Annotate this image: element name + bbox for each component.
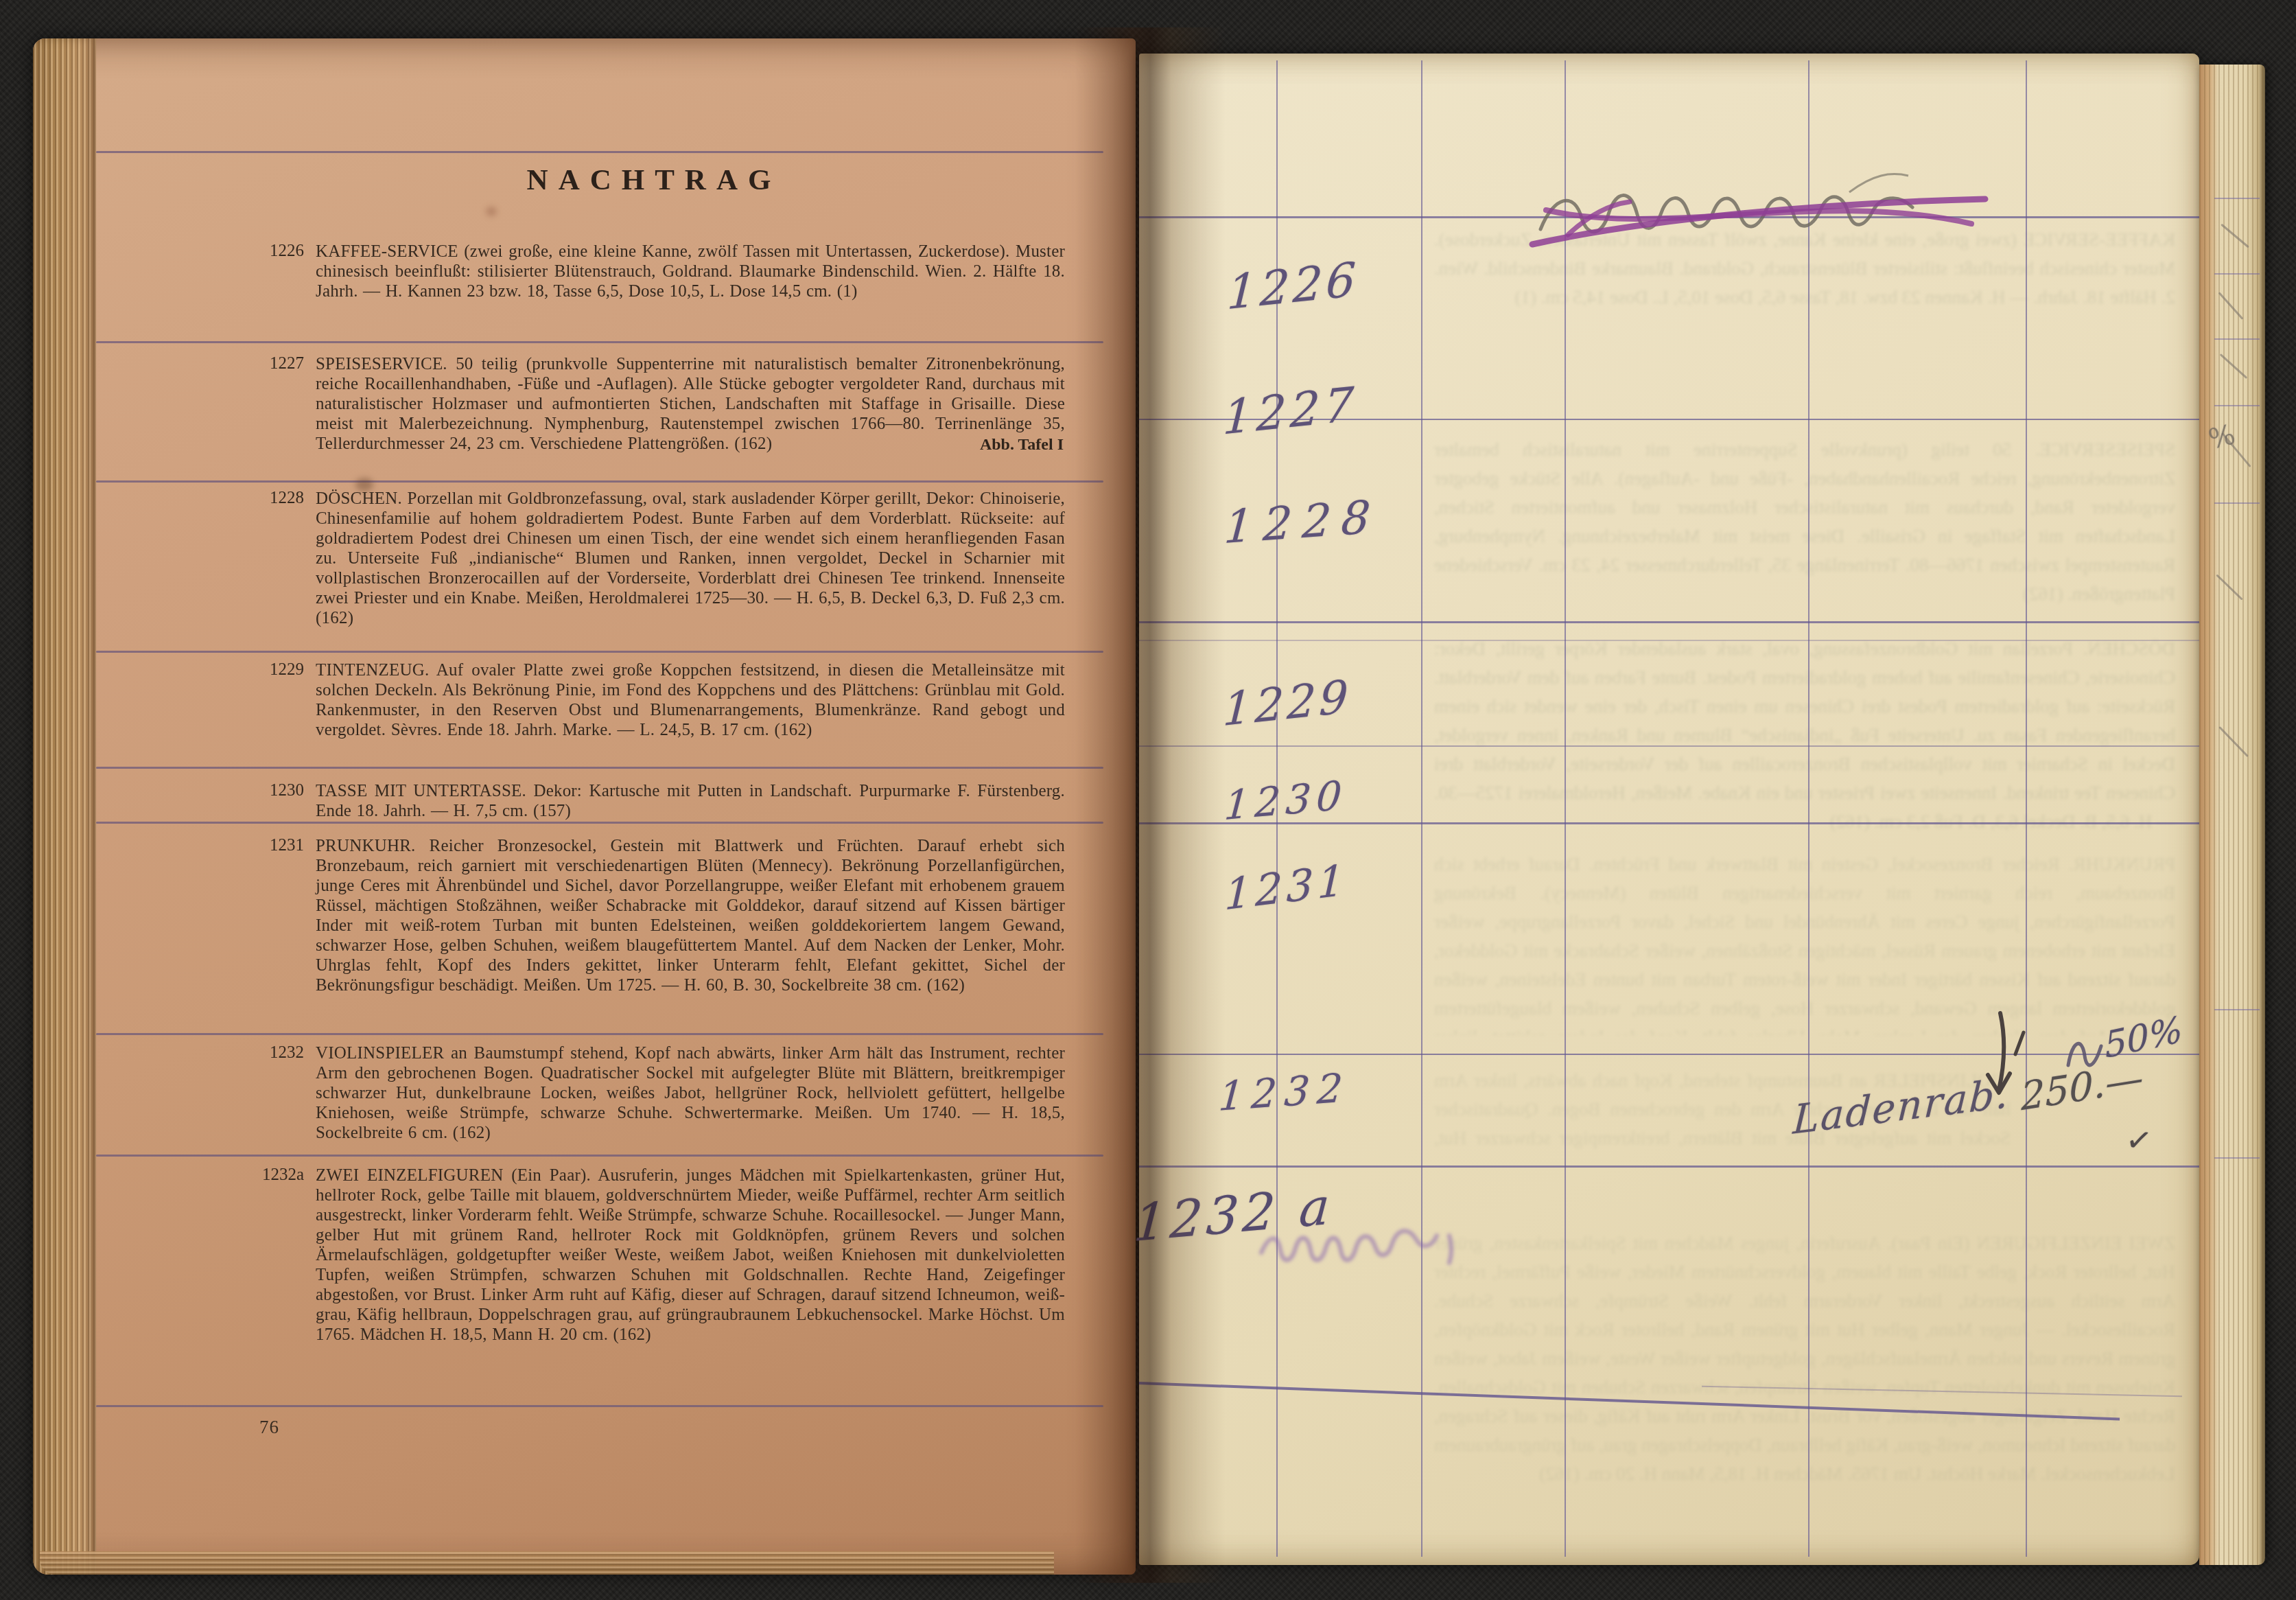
ledger-row-line [1139, 1166, 2199, 1168]
ledger-column-line [1808, 60, 1809, 1557]
paper-stain [486, 207, 497, 216]
left-page: NACHTRAG 1226 KAFFEE-SERVICE (zwei große… [33, 38, 1136, 1575]
rule-divider [96, 767, 1103, 769]
handwritten-number-1226: 1226 [1226, 252, 1360, 321]
entry-text: TASSE MIT UNTERTASSE. Dekor: Kartusche m… [316, 781, 1065, 821]
entry-number: 1226 [227, 242, 304, 261]
handwritten-number-1228: 1228 [1223, 490, 1383, 554]
mirrored-ink-offset [1254, 1215, 1467, 1277]
ledger-row-line [1139, 621, 2199, 623]
underpage-rule [2214, 1157, 2260, 1159]
right-ledger-page: KAFFEE-SERVICE (zwei große, eine kleine … [1139, 54, 2199, 1565]
ledger-column-line [1421, 60, 1422, 1557]
rule-divider [96, 341, 1103, 343]
underpage-rule [2214, 502, 2260, 504]
entry-number: 1229 [227, 660, 304, 680]
handwritten-number-1232: 1232 [1217, 1064, 1352, 1120]
catalog-entry-1226: 1226 KAFFEE-SERVICE (zwei große, eine kl… [33, 242, 1103, 301]
rule-divider [96, 1155, 1103, 1157]
pencil-mark [2221, 224, 2249, 248]
bleed-through-text: PRUNKUHR. Reicher Bronzesockel, Gestein … [1434, 850, 2175, 1035]
book-scan: NACHTRAG 1226 KAFFEE-SERVICE (zwei große… [0, 0, 2296, 1600]
check-mark: ✓ [2123, 1120, 2155, 1161]
rule-divider [96, 651, 1103, 653]
entry-text: PRUNKUHR. Reicher Bronzesockel, Gestein … [316, 836, 1065, 995]
handwritten-number-1231: 1231 [1223, 854, 1349, 920]
bleed-through-text: ZWEI EINZELFIGUREN (Ein Paar). Ausruferi… [1434, 1229, 2175, 1524]
ledger-column-line [1565, 60, 1566, 1557]
underpage-rule [2214, 338, 2260, 340]
entry-number: 1231 [227, 836, 304, 855]
catalog-entry-1228: 1228 DÖSCHEN. Porzellan mit Goldbronzefa… [33, 489, 1103, 628]
catalog-entry-1232a: 1232a ZWEI EINZELFIGUREN (Ein Paar). Aus… [33, 1166, 1103, 1345]
page-number: 76 [259, 1417, 279, 1438]
entry-text: DÖSCHEN. Porzellan mit Goldbronzefassung… [316, 489, 1065, 628]
ledger-column-line [2026, 60, 2027, 1557]
ledger-row-line [1139, 745, 2199, 747]
percent-doodle: % [2205, 419, 2238, 456]
page-stack-fore-edge: % [2199, 65, 2265, 1565]
rule-divider [96, 480, 1103, 483]
entry-text: TINTENZEUG. Auf ovaler Platte zwei große… [316, 660, 1065, 740]
pencil-mark [2218, 726, 2249, 757]
price-annotation: 250.— [2021, 1056, 2144, 1120]
rule-divider [96, 822, 1103, 824]
pencil-mark [2220, 353, 2248, 379]
underpage-rule [2214, 1009, 2260, 1010]
catalog-entry-1227: 1227 SPEISESERVICE. 50 teilig (prunkvoll… [33, 354, 1103, 454]
underpage-rule [2214, 273, 2260, 275]
bleed-through-text: DÖSCHEN. Porzellan mit Goldbronzefassung… [1434, 634, 2175, 840]
handwritten-number-1227: 1227 [1221, 377, 1359, 445]
entry-number: 1230 [227, 781, 304, 800]
catalog-entry-1231: 1231 PRUNKUHR. Reicher Bronzesockel, Ges… [33, 836, 1103, 995]
entry-text: ZWEI EINZELFIGUREN (Ein Paar). Ausruferi… [316, 1166, 1065, 1345]
page-title: NACHTRAG [239, 163, 1069, 197]
paper-stain [355, 478, 373, 491]
bleed-through-text: SPEISESERVICE. 50 teilig (prunkvolle Sup… [1434, 435, 2175, 621]
entry-text: SPEISESERVICE. 50 teilig (prunkvolle Sup… [316, 354, 1065, 454]
ledger-row-line [1139, 640, 2199, 641]
entry-number: 1228 [227, 489, 304, 508]
entry-text: KAFFEE-SERVICE (zwei große, eine kleine … [316, 242, 1065, 301]
struck-out-scribble [1527, 169, 2007, 258]
underpage-rule [2214, 405, 2260, 406]
catalog-entry-1229: 1229 TINTENZEUG. Auf ovaler Platte zwei … [33, 660, 1103, 740]
ledger-row-line [1139, 1054, 2199, 1055]
entry-plate-note: Abb. Tafel I [980, 436, 1064, 454]
handwritten-number-1229: 1229 [1221, 670, 1352, 737]
rule-divider [96, 1033, 1103, 1035]
pencil-mark [2218, 292, 2243, 320]
rule-divider [96, 1405, 1103, 1407]
page-stack-edge-bottom [40, 1551, 1054, 1575]
entry-number: 1227 [227, 354, 304, 373]
rule-divider [96, 151, 1103, 153]
pencil-mark [2216, 574, 2242, 600]
entry-text: VIOLINSPIELER an Baumstumpf stehend, Kop… [316, 1043, 1065, 1143]
catalog-entry-1232: 1232 VIOLINSPIELER an Baumstumpf stehend… [33, 1043, 1103, 1143]
catalog-entry-1230: 1230 TASSE MIT UNTERTASSE. Dekor: Kartus… [33, 781, 1103, 821]
handwritten-number-1230: 1230 [1223, 772, 1349, 829]
entry-number: 1232 [227, 1043, 304, 1063]
underpage-rule [2214, 198, 2260, 199]
entry-number: 1232a [227, 1166, 304, 1185]
